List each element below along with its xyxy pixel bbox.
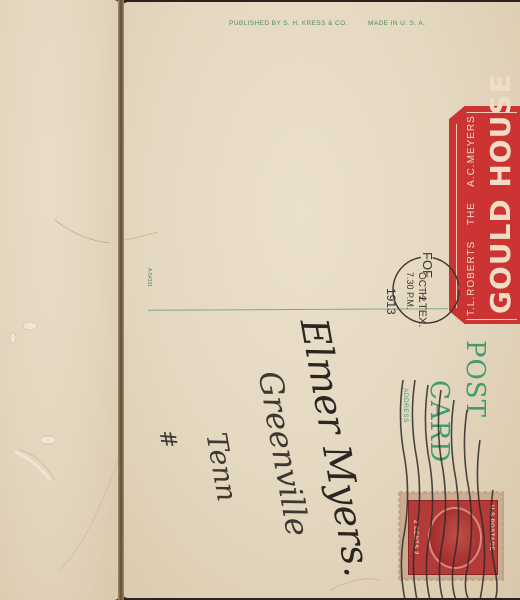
hotel-name: GOULD HOUSE	[484, 73, 517, 314]
made-in-text: MADE IN U. S. A.	[368, 20, 425, 27]
postmark-state: H.TEX.	[416, 292, 428, 327]
postcard-scan: PUBLISHED BY S. H. KRESS & CO. MADE IN U…	[0, 0, 520, 600]
publisher-text: PUBLISHED BY S. H. KRESS & CO.	[229, 20, 348, 27]
proprietor-2: A.C.MEYERS	[466, 115, 477, 187]
cancellation-lines	[395, 380, 520, 600]
postmark-year: 1913	[384, 288, 398, 315]
publisher-line: PUBLISHED BY S. H. KRESS & CO. MADE IN U…	[229, 20, 443, 27]
postmark-time: 7.30 P.M.	[405, 272, 415, 309]
catalog-number: A-54331	[146, 268, 152, 287]
hotel-proprietors: T.L.ROBERTS THE A.C.MEYERS	[466, 115, 477, 316]
connector: THE	[466, 202, 477, 225]
proprietor-1: T.L.ROBERTS	[466, 241, 477, 316]
